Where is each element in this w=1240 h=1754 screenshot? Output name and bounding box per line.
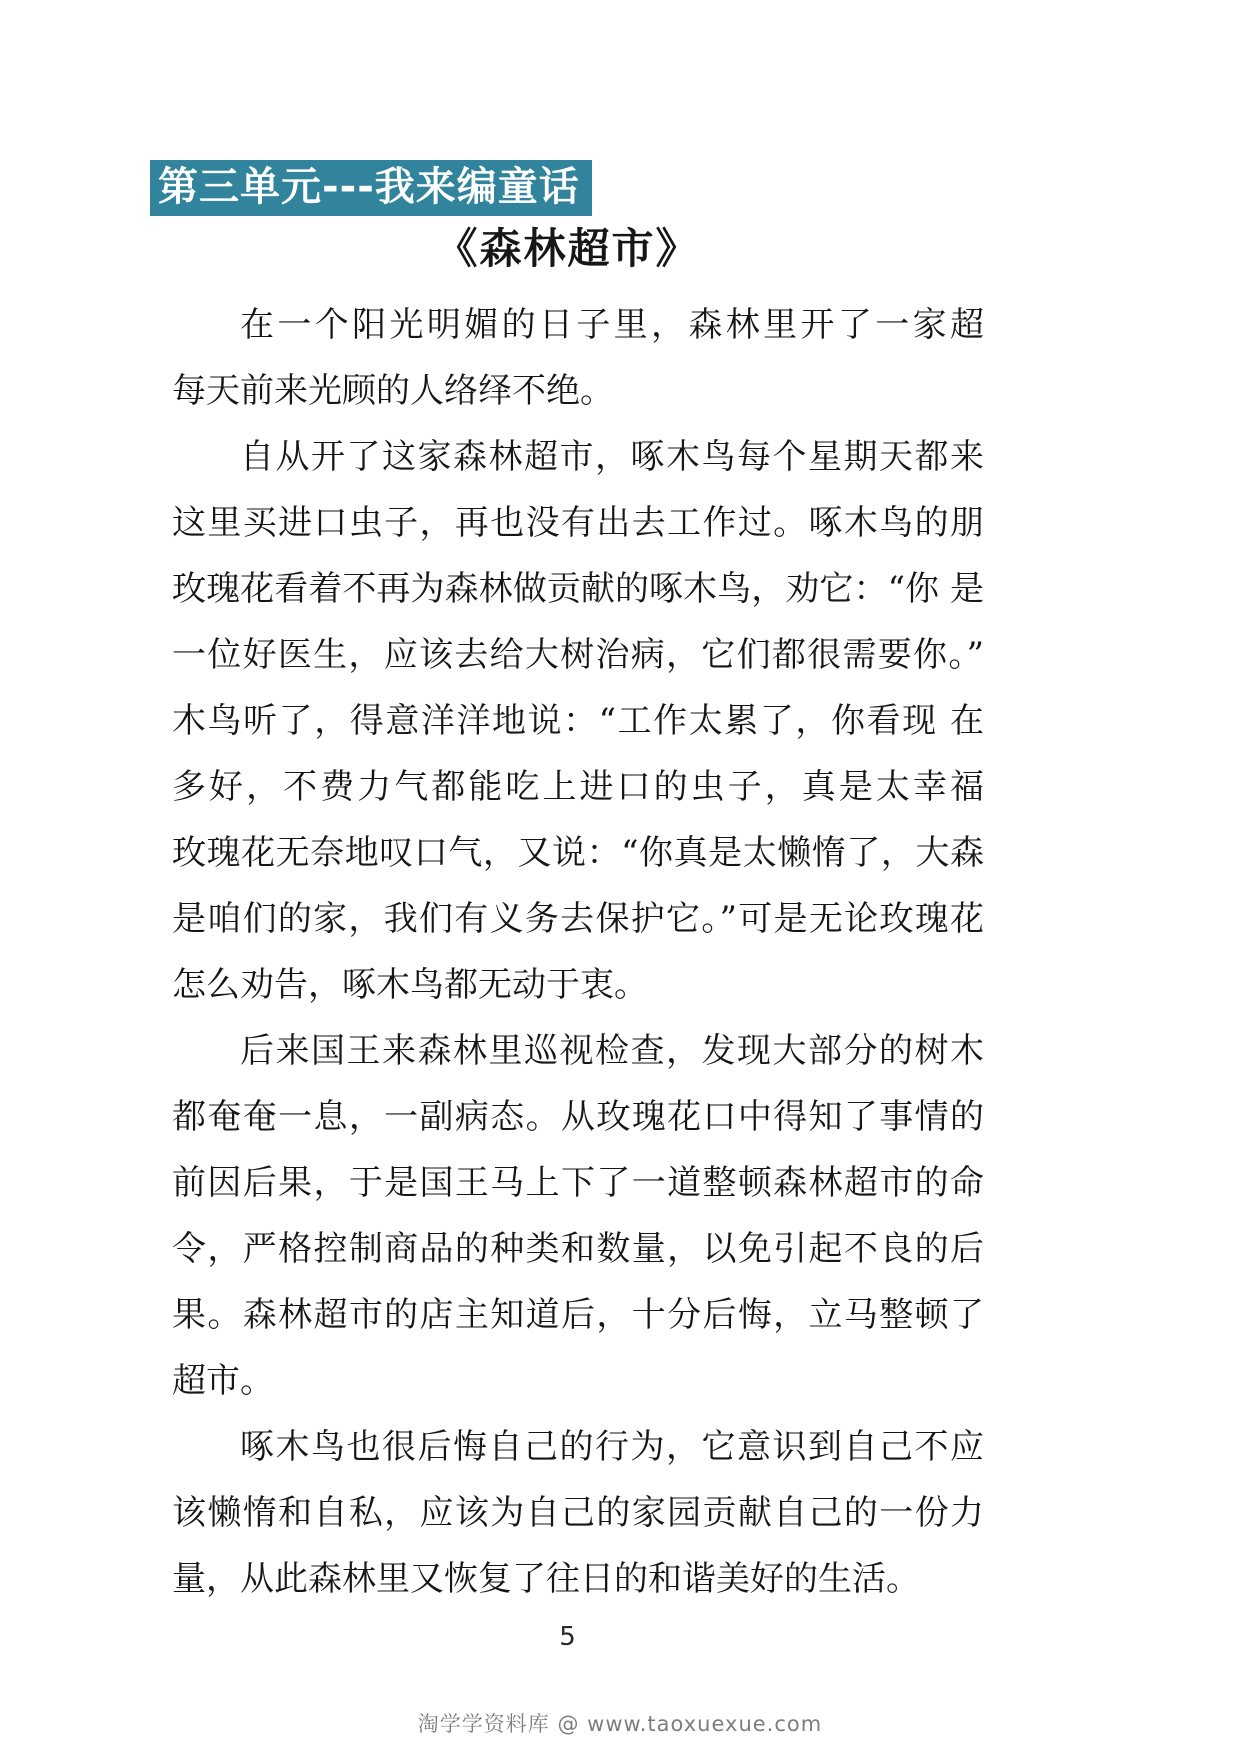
text-line: 是咱们的家，我们有义务去保护它。”可是无论玫瑰花 xyxy=(172,886,984,952)
text-line: 在一个阳光明媚的日子里，森林里开了一家超市， xyxy=(172,292,984,358)
text-line: 自从开了这家森林超市，啄木鸟每个星期天都来 xyxy=(172,424,984,490)
text-line: 木鸟听了，得意洋洋地说：“工作太累了，你看现 在 xyxy=(172,688,984,754)
text-line: 玫瑰花看着不再为森林做贡献的啄木鸟，劝它：“你 是 xyxy=(172,556,984,622)
text-line: 该懒惰和自私，应该为自己的家园贡献自己的一份力 xyxy=(172,1480,984,1546)
text-line: 超市。 xyxy=(172,1348,984,1414)
text-line: 怎么劝告，啄木鸟都无动于衷。 xyxy=(172,952,984,1018)
text-line: 多好，不费力气都能吃上进口的虫子，真是太幸福了。” xyxy=(172,754,984,820)
text-line: 果。森林超市的店主知道后，十分后悔，立马整顿了 xyxy=(172,1282,984,1348)
text-line: 这里买进口虫子，再也没有出去工作过。啄木鸟的朋友 xyxy=(172,490,984,556)
story-title: 《森林超市》 xyxy=(150,216,985,276)
document-page: 第三单元---我来编童话 《森林超市》 在一个阳光明媚的日子里，森林里开了一家超… xyxy=(0,0,1240,1754)
text-line: 前因后果，于是国王马上下了一道整顿森林超市的命 xyxy=(172,1150,984,1216)
text-line: 后来国王来森林里巡视检查，发现大部分的树木 xyxy=(172,1018,984,1084)
text-line: 都奄奄一息，一副病态。从玫瑰花口中得知了事情的 xyxy=(172,1084,984,1150)
page-number: 5 xyxy=(150,1622,985,1652)
footer-watermark: 淘学学资料库 @ www.taoxuexue.com xyxy=(0,1708,1240,1738)
text-line: 一位好医生，应该去给大树治病，它们都很需要你。” 啄 xyxy=(172,622,984,688)
text-line: 量，从此森林里又恢复了往日的和谐美好的生活。 xyxy=(172,1546,984,1612)
text-line: 啄木鸟也很后悔自己的行为，它意识到自己不应 xyxy=(172,1414,984,1480)
text-line: 每天前来光顾的人络绎不绝。 xyxy=(172,358,984,424)
text-line: 玫瑰花无奈地叹口气，又说：“你真是太懒惰了，大森林 xyxy=(172,820,984,886)
story-body: 在一个阳光明媚的日子里，森林里开了一家超市， 每天前来光顾的人络绎不绝。 自从开… xyxy=(172,292,984,1612)
unit-header-badge: 第三单元---我来编童话 xyxy=(150,160,592,216)
text-line: 令，严格控制商品的种类和数量，以免引起不良的后 xyxy=(172,1216,984,1282)
